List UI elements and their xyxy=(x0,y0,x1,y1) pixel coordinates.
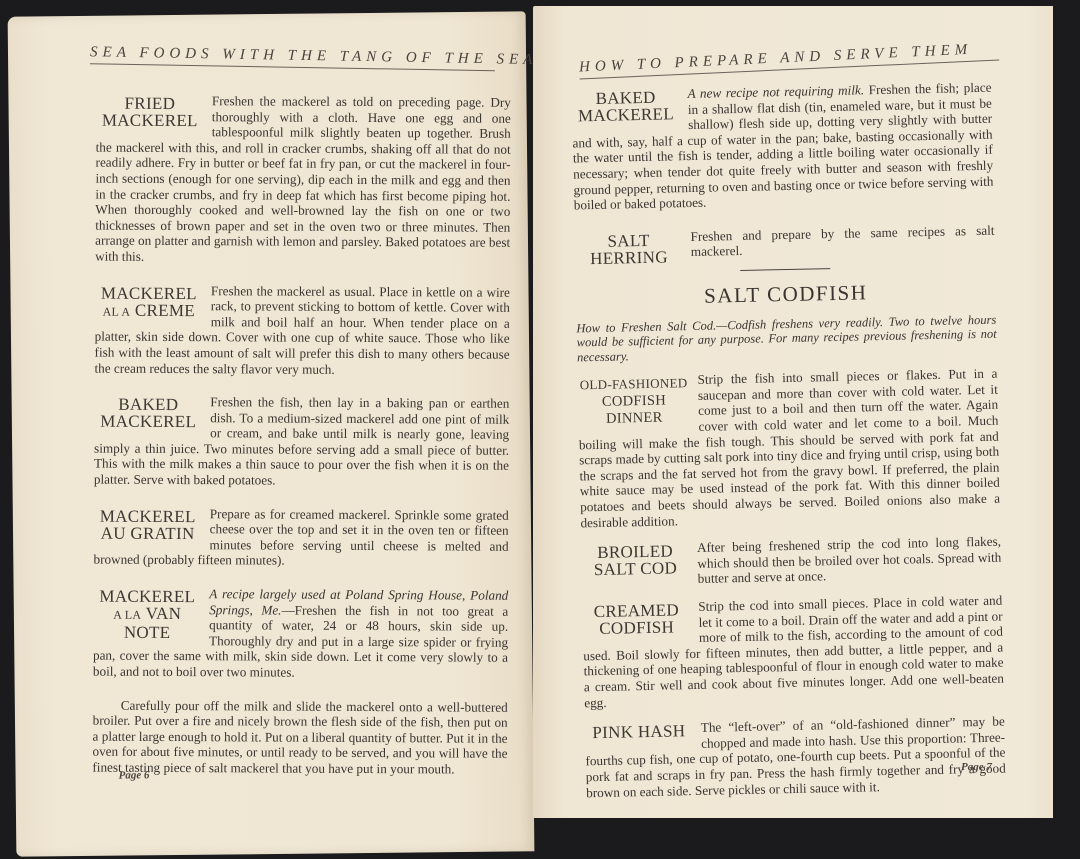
title-line: HERRING xyxy=(590,247,668,268)
recipe-creamed-codfish: CREAMED CODFISH Strip the cod into small… xyxy=(582,593,1004,711)
recipe-title: BAKED MACKEREL xyxy=(571,88,680,124)
title-line: MACKEREL xyxy=(100,412,196,432)
recipe-title: OLD-FASHIONED CODFISH DINNER xyxy=(577,374,690,428)
recipe-title: SALT HERRING xyxy=(574,231,683,267)
recipe-baked-mackerel: BAKED MACKEREL Freshen the fish, then la… xyxy=(94,394,509,490)
recipe-fried-mackerel: FRIED MACKEREL Freshen the mackerel as t… xyxy=(95,93,511,267)
recipe-pink-hash: PINK HASH The “left-over” of an “old-fas… xyxy=(585,714,1007,801)
recipe-mackerel-au-gratin: MACKEREL AU GRATIN Prepare as for creame… xyxy=(93,505,508,570)
recipe-title: MACKEREL A LA VAN NOTE xyxy=(93,588,201,642)
recipe-title: MACKEREL AL A CREME xyxy=(95,284,203,321)
recipe-title: BROILED SALT COD xyxy=(581,542,690,578)
recipe-continuation: Carefully pour off the milk and slide th… xyxy=(92,697,507,777)
recipe-title: MACKEREL AU GRATIN xyxy=(94,507,202,542)
page-number-right: Page 7 xyxy=(961,761,992,773)
title-line: MACKEREL xyxy=(102,111,198,131)
recipe-text: Freshen and prepare by the same recipes … xyxy=(690,222,994,259)
recipe-mackerel-a-la-van-note: MACKEREL A LA VAN NOTE A recipe largely … xyxy=(93,586,508,682)
page-number-left: Page 6 xyxy=(119,769,150,781)
section-intro: How to Freshen Salt Cod.—Codfish freshen… xyxy=(576,312,997,364)
running-head-left: SEA FOODS WITH THE TANG OF THE SEA xyxy=(90,44,495,71)
section-divider xyxy=(740,268,830,271)
title-line: DINNER xyxy=(606,410,663,427)
title-line: MACKEREL xyxy=(578,104,674,125)
title-line-small: AL A xyxy=(103,304,131,318)
left-page-content: FRIED MACKEREL Freshen the mackerel as t… xyxy=(92,93,511,796)
left-page: SEA FOODS WITH THE TANG OF THE SEA FRIED… xyxy=(8,11,535,856)
title-line: CODFISH xyxy=(599,617,674,638)
recipe-baked-mackerel-no-milk: BAKED MACKEREL A new recipe not requirin… xyxy=(571,80,994,214)
recipe-title: CREAMED CODFISH xyxy=(582,601,691,637)
recipe-title: PINK HASH xyxy=(585,722,693,741)
right-page-content: BAKED MACKEREL A new recipe not requirin… xyxy=(571,80,1006,819)
recipe-old-fashioned-codfish-dinner: OLD-FASHIONED CODFISH DINNER Strip the f… xyxy=(577,366,1000,531)
title-line: PINK HASH xyxy=(592,721,685,742)
section-title: SALT CODFISH xyxy=(576,277,996,311)
recipe-broiled-salt-cod: BROILED SALT COD After being freshened s… xyxy=(581,534,1002,590)
title-line: CREME xyxy=(135,300,195,319)
recipe-title: FRIED MACKEREL xyxy=(96,95,204,130)
running-head-right: HOW TO PREPARE AND SERVE THEM xyxy=(579,40,999,79)
recipe-mackerel-a-la-creme: MACKEREL AL A CREME Freshen the mackerel… xyxy=(94,282,509,378)
recipe-salt-herring: SALT HERRING Freshen and prepare by the … xyxy=(574,222,995,267)
right-page: HOW TO PREPARE AND SERVE THEM BAKED MACK… xyxy=(533,6,1053,818)
title-line-small: A LA xyxy=(113,608,141,622)
recipe-text: After being freshened strip the cod into… xyxy=(697,534,1002,587)
title-line: SALT COD xyxy=(594,559,678,580)
title-line: CODFISH xyxy=(602,393,666,410)
title-line: AU GRATIN xyxy=(101,523,195,542)
recipe-title: BAKED MACKEREL xyxy=(94,396,202,431)
title-line: OLD-FASHIONED xyxy=(580,375,688,392)
